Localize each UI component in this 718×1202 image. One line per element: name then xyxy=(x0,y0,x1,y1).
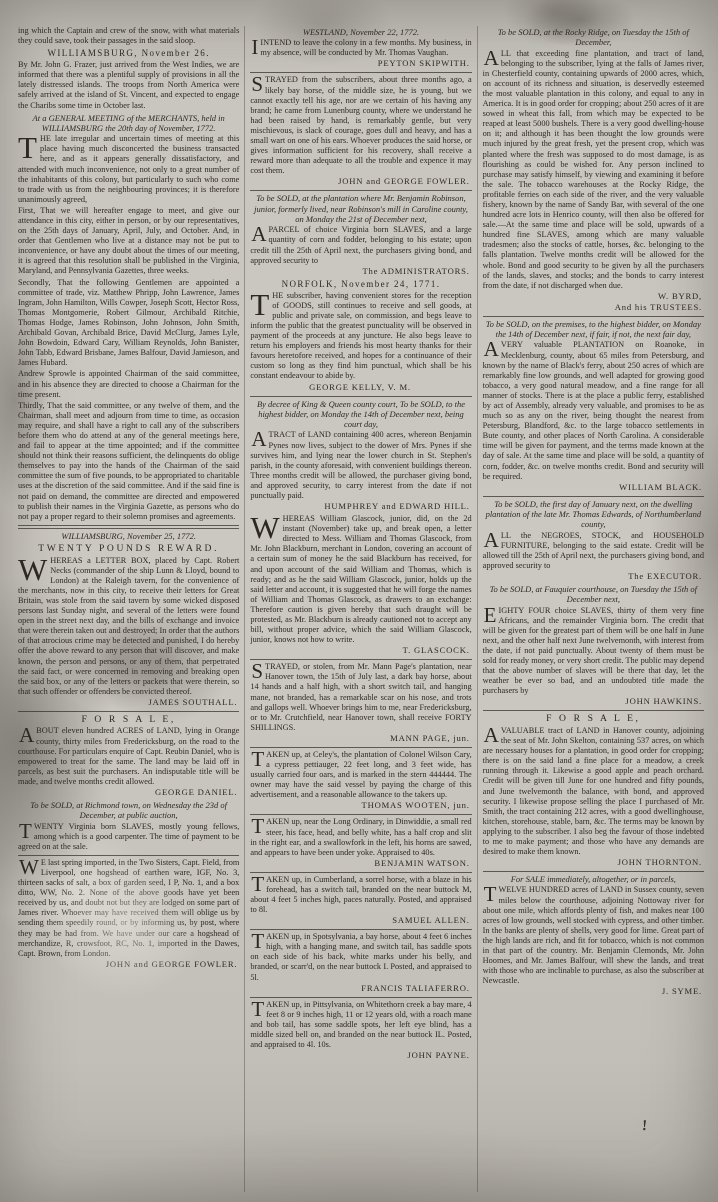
article-body: STRAYED from the subscribers, about thre… xyxy=(250,75,471,176)
article-body: TAKEN up, near the Long Ordinary, in Din… xyxy=(250,817,471,857)
article-body: ing which the Captain and crew of the sn… xyxy=(18,26,239,46)
article-dateline: WESTLAND, November 22, 1772. xyxy=(250,27,471,37)
article-signature: SAMUEL ALLEN. xyxy=(250,915,471,926)
article-signature: JOHN HAWKINS. xyxy=(483,696,704,707)
column-middle: WESTLAND, November 22, 1772. I INTEND to… xyxy=(244,26,476,1192)
article-signature: W. BYRD, xyxy=(483,291,704,302)
article-strayed-bay-horse: STRAYED from the subscribers, about thre… xyxy=(250,75,471,187)
article-glascock-caution: WHEREAS William Glascock, junior, did, o… xyxy=(250,514,471,656)
article-signature: WILLIAM BLACK. xyxy=(483,482,704,493)
article-heading: TWENTY POUNDS REWARD. xyxy=(18,543,239,555)
article-signature: FRANCIS TALIAFERRO. xyxy=(250,983,471,994)
divider xyxy=(250,929,471,930)
article-body: Secondly, That the following Gentlemen a… xyxy=(18,278,239,369)
article-signature: JOHN and GEORGE FOWLER. xyxy=(18,959,239,970)
article-page-strayed-horse: STRAYED, or stolen, from Mr. Mann Page's… xyxy=(250,662,471,744)
article-merchants-meeting: At a GENERAL MEETING of the MERCHANTS, h… xyxy=(18,113,239,522)
article-signature: J. SYME. xyxy=(483,986,704,997)
divider xyxy=(483,496,704,497)
article-taken-up-steer: TAKEN up, near the Long Ordinary, in Din… xyxy=(250,817,471,868)
article-letter-box-reward: WILLIAMSBURG, November 25, 1772. TWENTY … xyxy=(18,531,239,708)
divider xyxy=(18,711,239,712)
article-body: ABOUT eleven hundred ACRES of LAND, lyin… xyxy=(18,726,239,787)
article-body: TWENTY Virginia born SLAVES, mostly youn… xyxy=(18,822,239,852)
article-edwards-estate-sale: To be SOLD, the first day of January nex… xyxy=(483,499,704,582)
article-taken-up-sorrel-horse: TAKEN up, in Cumberland, a sorrel horse,… xyxy=(250,875,471,926)
divider xyxy=(483,871,704,872)
article-signature: T. GLASCOCK. xyxy=(250,645,471,656)
article-signature: BENJAMIN WATSON. xyxy=(250,858,471,869)
article-dateline: By decree of King & Queen county court, … xyxy=(250,399,471,430)
article-dateline: To be SOLD, at Fauquier courthouse, on T… xyxy=(483,584,704,605)
article-dateline: To be SOLD, the first day of January nex… xyxy=(483,499,704,530)
article-signature: The EXECUTOR. xyxy=(483,571,704,582)
article-black-ferry-plantation: To be SOLD, on the premises, to the high… xyxy=(483,319,704,493)
article-body: By Mr. John G. Frazer, just arrived from… xyxy=(18,60,239,110)
article-body: Andrew Sprowle is appointed Chairman of … xyxy=(18,369,239,399)
article-imported-goods: WE last spring imported, in the Two Sist… xyxy=(18,858,239,970)
article-signature: GEORGE KELLY, V. M. xyxy=(250,382,471,393)
article-caroline-slaves-sale: To be SOLD, at the plantation where Mr. … xyxy=(250,193,471,276)
article-body: THE subscriber, having convenient stores… xyxy=(250,291,471,382)
article-body: ALL that exceeding fine plantation, and … xyxy=(483,49,704,291)
divider xyxy=(250,659,471,660)
article-body: A VALUABLE tract of LAND in Hanover coun… xyxy=(483,726,704,857)
article-body: A PARCEL of choice Virginia born SLAVES,… xyxy=(250,225,471,265)
divider xyxy=(250,190,471,191)
article-body: TAKEN up, in Spotsylvania, a bay horse, … xyxy=(250,932,471,982)
article-signature: JOHN and GEORGE FOWLER. xyxy=(250,176,471,187)
article-norfolk-stores: NORFOLK, November 24, 1771. THE subscrib… xyxy=(250,279,471,393)
article-body: EIGHTY FOUR choice SLAVES, thirty of the… xyxy=(483,606,704,697)
article-body: WHEREAS a LETTER BOX, placed by Capt. Ro… xyxy=(18,556,239,697)
article-orange-land-sale: F O R S A L E, ABOUT eleven hundred ACRE… xyxy=(18,714,239,798)
article-thornton-land-sale: F O R S A L E, A VALUABLE tract of LAND … xyxy=(483,713,704,868)
article-body: A TRACT of LAND containing 400 acres, wh… xyxy=(250,430,471,501)
divider xyxy=(250,814,471,815)
article-signature: HUMPHREY and EDWARD HILL. xyxy=(250,501,471,512)
article-taken-up-pettiauger: TAKEN up, at Celey's, the plantation of … xyxy=(250,750,471,811)
article-taken-up-bay-mare: TAKEN up, in Pittsylvania, on Whitethorn… xyxy=(250,1000,471,1061)
divider xyxy=(250,396,471,397)
article-taken-up-bay-horse: TAKEN up, in Spotsylvania, a bay horse, … xyxy=(250,932,471,993)
article-signature: JAMES SOUTHALL. xyxy=(18,697,239,708)
column-right: To be SOLD, at the Rocky Ridge, on Tuesd… xyxy=(477,26,709,1192)
article-pynes-land-decree: By decree of King & Queen county court, … xyxy=(250,399,471,513)
article-body: WHEREAS William Glascock, junior, did, o… xyxy=(250,514,471,645)
article-body: Thirdly, That the said committee, or any… xyxy=(18,401,239,522)
newspaper-page: ! ing which the Captain and crew of the … xyxy=(0,0,718,1202)
article-body: STRAYED, or stolen, from Mr. Mann Page's… xyxy=(250,662,471,733)
article-syme-sussex-land: For SALE immediately, altogether, or in … xyxy=(483,874,704,997)
divider xyxy=(483,316,704,317)
article-williamsburg-news: WILLIAMSBURG, November 26. By Mr. John G… xyxy=(18,48,239,110)
divider xyxy=(250,872,471,873)
article-dateline: At a GENERAL MEETING of the MERCHANTS, h… xyxy=(18,113,239,134)
article-dateline: WILLIAMSBURG, November 25, 1772. xyxy=(18,531,239,541)
article-dateline: To be SOLD, at the plantation where Mr. … xyxy=(250,193,471,224)
article-signature: GEORGE DANIEL. xyxy=(18,787,239,798)
article-body: WE last spring imported, in the Two Sist… xyxy=(18,858,239,959)
article-signature: JOHN THORNTON. xyxy=(483,857,704,868)
article-dateline: NORFOLK, November 24, 1771. xyxy=(250,279,471,290)
article-body: ALL the NEGROES, STOCK, and HOUSEHOLD FU… xyxy=(483,531,704,571)
column-left: ing which the Captain and crew of the sn… xyxy=(13,26,244,1192)
article-body: First, That we will hereafter engage to … xyxy=(18,206,239,277)
divider xyxy=(483,710,704,711)
article-signature: JOHN PAYNE. xyxy=(250,1050,471,1061)
divider xyxy=(250,747,471,748)
article-signature: The ADMINISTRATORS. xyxy=(250,266,471,277)
divider xyxy=(18,855,239,856)
article-body: TAKEN up, at Celey's, the plantation of … xyxy=(250,750,471,800)
article-fauquier-slaves-sale: To be SOLD, at Fauquier courthouse, on T… xyxy=(483,584,704,707)
column-container: ing which the Captain and crew of the sn… xyxy=(0,0,718,1198)
article-signature: PEYTON SKIPWITH. xyxy=(250,58,471,69)
article-snow-continuation: ing which the Captain and crew of the sn… xyxy=(18,26,239,46)
divider xyxy=(18,525,239,529)
article-body: TAKEN up, in Pittsylvania, on Whitethorn… xyxy=(250,1000,471,1050)
article-dateline: For SALE immediately, altogether, or in … xyxy=(483,874,704,884)
divider xyxy=(250,997,471,998)
article-dateline: WILLIAMSBURG, November 26. xyxy=(18,48,239,59)
divider xyxy=(250,72,471,73)
article-body: A VERY valuable PLANTATION on Roanoke, i… xyxy=(483,340,704,481)
article-dateline: To be SOLD, at Richmond town, on Wednesd… xyxy=(18,800,239,821)
article-richmond-auction: To be SOLD, at Richmond town, on Wednesd… xyxy=(18,800,239,852)
article-heading: F O R S A L E, xyxy=(18,714,239,726)
article-dateline: To be SOLD, on the premises, to the high… xyxy=(483,319,704,340)
article-signature: MANN PAGE, jun. xyxy=(250,733,471,744)
article-heading: F O R S A L E, xyxy=(483,713,704,725)
article-byrd-rocky-ridge-sale: To be SOLD, at the Rocky Ridge, on Tuesd… xyxy=(483,27,704,313)
article-body: THE late irregular and uncertain times o… xyxy=(18,134,239,205)
article-dateline: To be SOLD, at the Rocky Ridge, on Tuesd… xyxy=(483,27,704,48)
article-signature: And his TRUSTEES. xyxy=(483,302,704,313)
article-body: TAKEN up, in Cumberland, a sorrel horse,… xyxy=(250,875,471,915)
article-signature: THOMAS WOOTEN, jun. xyxy=(250,800,471,811)
article-body: TWELVE HUNDRED acres of LAND in Sussex c… xyxy=(483,885,704,986)
article-skipwith-notice: WESTLAND, November 22, 1772. I INTEND to… xyxy=(250,27,471,69)
article-body: I INTEND to leave the colony in a few mo… xyxy=(250,38,471,58)
